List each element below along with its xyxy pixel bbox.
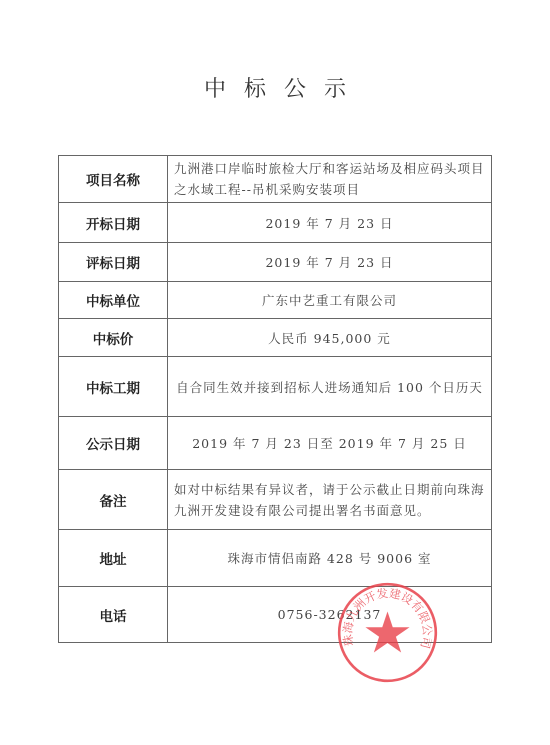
row-label: 评标日期 <box>59 243 168 282</box>
award-table: 项目名称 九洲港口岸临时旅检大厅和客运站场及相应码头项目之水域工程--吊机采购安… <box>58 155 492 643</box>
row-label: 备注 <box>59 470 168 530</box>
table-row: 公示日期 2019 年 7 月 23 日至 2019 年 7 月 25 日 <box>59 417 492 470</box>
table-row: 中标工期 自合同生效并接到招标人进场通知后 100 个日历天 <box>59 357 492 417</box>
row-label: 开标日期 <box>59 203 168 243</box>
row-value: 珠海市情侣南路 428 号 9006 室 <box>168 530 492 587</box>
row-label: 地址 <box>59 530 168 587</box>
row-value: 2019 年 7 月 23 日至 2019 年 7 月 25 日 <box>168 417 492 470</box>
row-value: 0756-3262137 <box>168 587 492 643</box>
row-label: 项目名称 <box>59 156 168 203</box>
table-row: 中标价 人民币 945,000 元 <box>59 319 492 357</box>
company-seal-icon: 珠海九洲开发建设有限公司 <box>335 580 440 685</box>
row-label: 公示日期 <box>59 417 168 470</box>
table-row: 中标单位 广东中艺重工有限公司 <box>59 282 492 319</box>
row-label: 中标价 <box>59 319 168 357</box>
row-label: 电话 <box>59 587 168 643</box>
table-row: 开标日期 2019 年 7 月 23 日 <box>59 203 492 243</box>
row-label: 中标单位 <box>59 282 168 319</box>
table-row: 项目名称 九洲港口岸临时旅检大厅和客运站场及相应码头项目之水域工程--吊机采购安… <box>59 156 492 203</box>
row-label: 中标工期 <box>59 357 168 417</box>
row-value: 九洲港口岸临时旅检大厅和客运站场及相应码头项目之水域工程--吊机采购安装项目 <box>168 156 492 203</box>
row-value: 自合同生效并接到招标人进场通知后 100 个日历天 <box>168 357 492 417</box>
page-title: 中标公示 <box>0 72 550 103</box>
table-row: 地址 珠海市情侣南路 428 号 9006 室 <box>59 530 492 587</box>
row-value: 如对中标结果有异议者，请于公示截止日期前向珠海九洲开发建设有限公司提出署名书面意… <box>168 470 492 530</box>
row-value: 人民币 945,000 元 <box>168 319 492 357</box>
row-value: 2019 年 7 月 23 日 <box>168 203 492 243</box>
table-row: 评标日期 2019 年 7 月 23 日 <box>59 243 492 282</box>
row-value: 2019 年 7 月 23 日 <box>168 243 492 282</box>
table-row: 备注 如对中标结果有异议者，请于公示截止日期前向珠海九洲开发建设有限公司提出署名… <box>59 470 492 530</box>
row-value: 广东中艺重工有限公司 <box>168 282 492 319</box>
